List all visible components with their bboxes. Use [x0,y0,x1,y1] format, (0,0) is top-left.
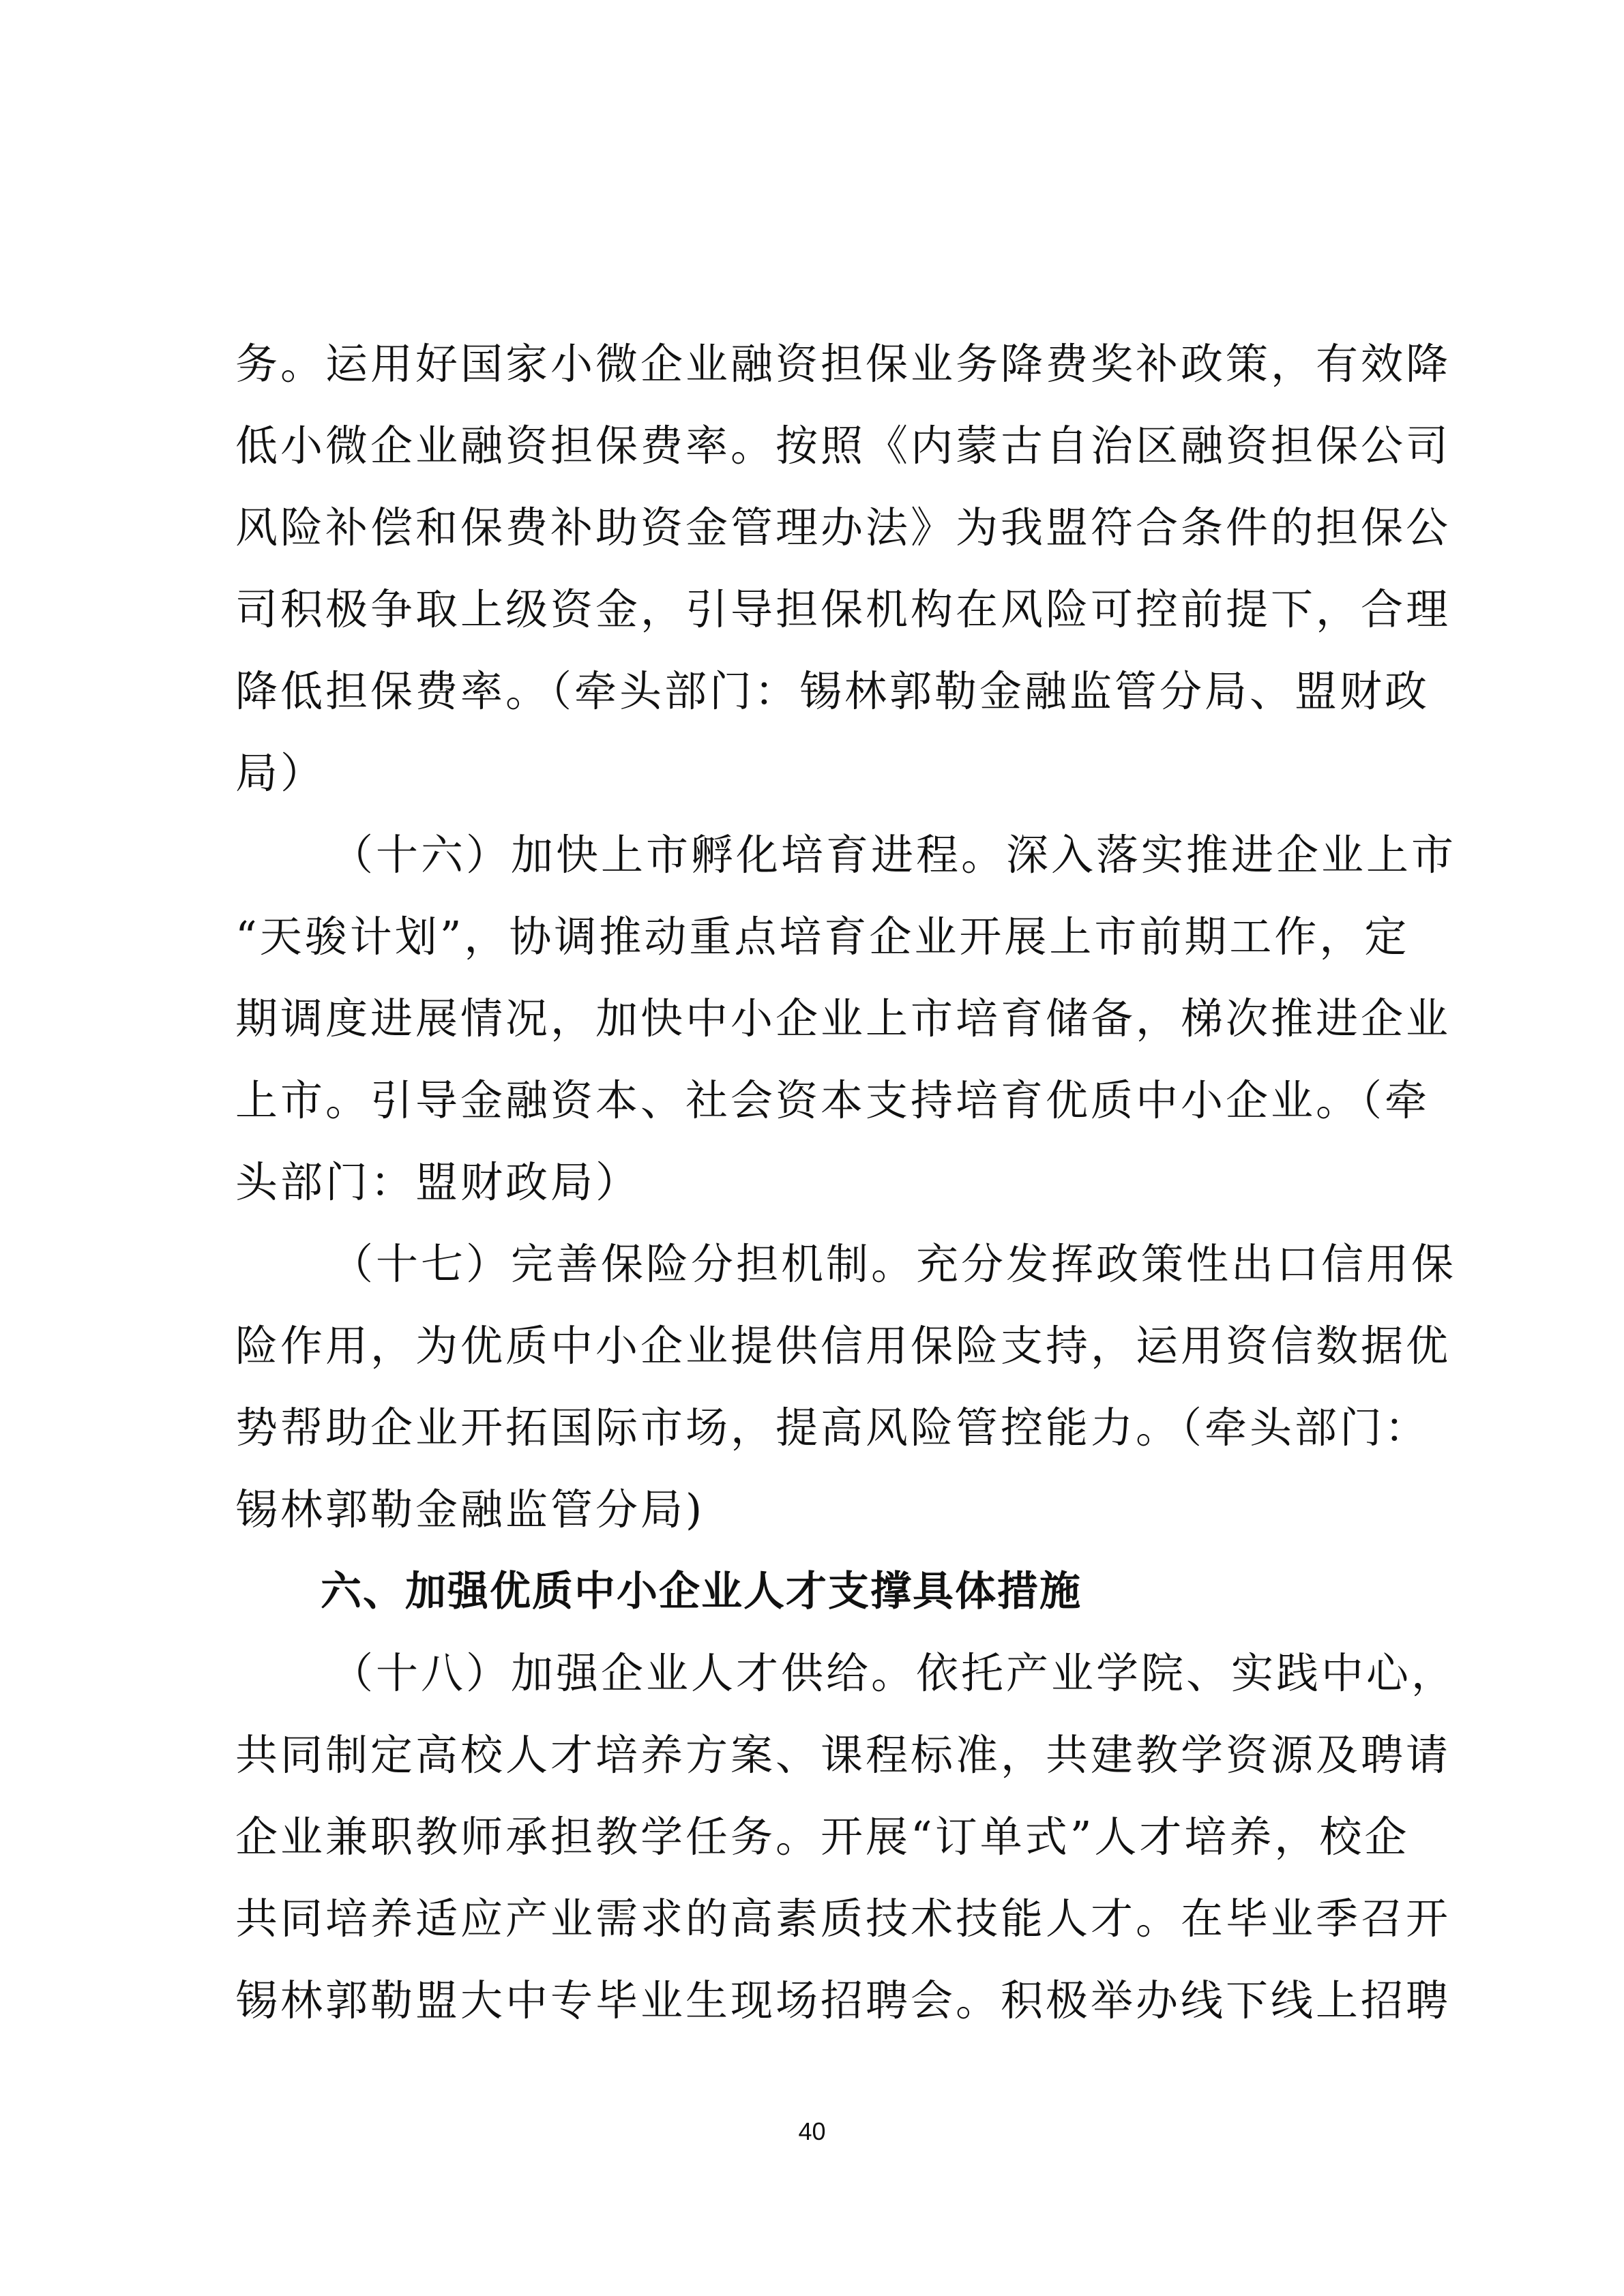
document-page: 务。运用好国家小微企业融资担保业务降费奖补政策，有效降 低小微企业融资担保费率。… [0,0,1624,2296]
text-line: 头部门：盟财政局） [235,1156,1395,1209]
text-line: 势帮助企业开拓国际市场，提高风险管控能力。（牵头部门： [235,1401,1395,1455]
page-number: 40 [0,2117,1624,2146]
section-heading: 六、加强优质中小企业人才支撑具体措施 [321,1565,1082,1618]
paragraph-17-start: （十七）完善保险分担机制。充分发挥政策性出口信用保 [331,1238,1395,1291]
text-line: 司积极争取上级资金，引导担保机构在风险可控前提下，合理 [235,583,1395,636]
text-line: 锡林郭勒金融监管分局) [235,1483,1395,1536]
text-line: 低小微企业融资担保费率。按照《内蒙古自治区融资担保公司 [235,419,1395,473]
text-line: 险作用，为优质中小企业提供信用保险支持，运用资信数据优 [235,1320,1395,1373]
text-line: 降低担保费率。（牵头部门：锡林郭勒金融监管分局、盟财政 [235,665,1395,718]
text-line: 局） [235,747,1395,800]
text-line: 上市。引导金融资本、社会资本支持培育优质中小企业。（牵 [235,1074,1395,1127]
text-line: 共同培养适应产业需求的高素质技术技能人才。在毕业季召开 [235,1892,1395,1945]
text-line: 企业兼职教师承担教学任务。开展“订单式”人才培养，校企 [235,1810,1395,1864]
text-line: 风险补偿和保费补助资金管理办法》为我盟符合条件的担保公 [235,501,1395,554]
text-line: 期调度进展情况，加快中小企业上市培育储备，梯次推进企业 [235,992,1395,1045]
text-line: 务。运用好国家小微企业融资担保业务降费奖补政策，有效降 [235,338,1395,391]
paragraph-16-start: （十六）加快上市孵化培育进程。深入落实推进企业上市 [331,829,1395,882]
text-line: “天骏计划”，协调推动重点培育企业开展上市前期工作，定 [235,910,1395,964]
paragraph-18-start: （十八）加强企业人才供给。依托产业学院、实践中心， [331,1647,1395,1700]
text-line: 共同制定高校人才培养方案、课程标准，共建教学资源及聘请 [235,1729,1395,1782]
text-line: 锡林郭勒盟大中专毕业生现场招聘会。积极举办线下线上招聘 [235,1974,1395,2027]
